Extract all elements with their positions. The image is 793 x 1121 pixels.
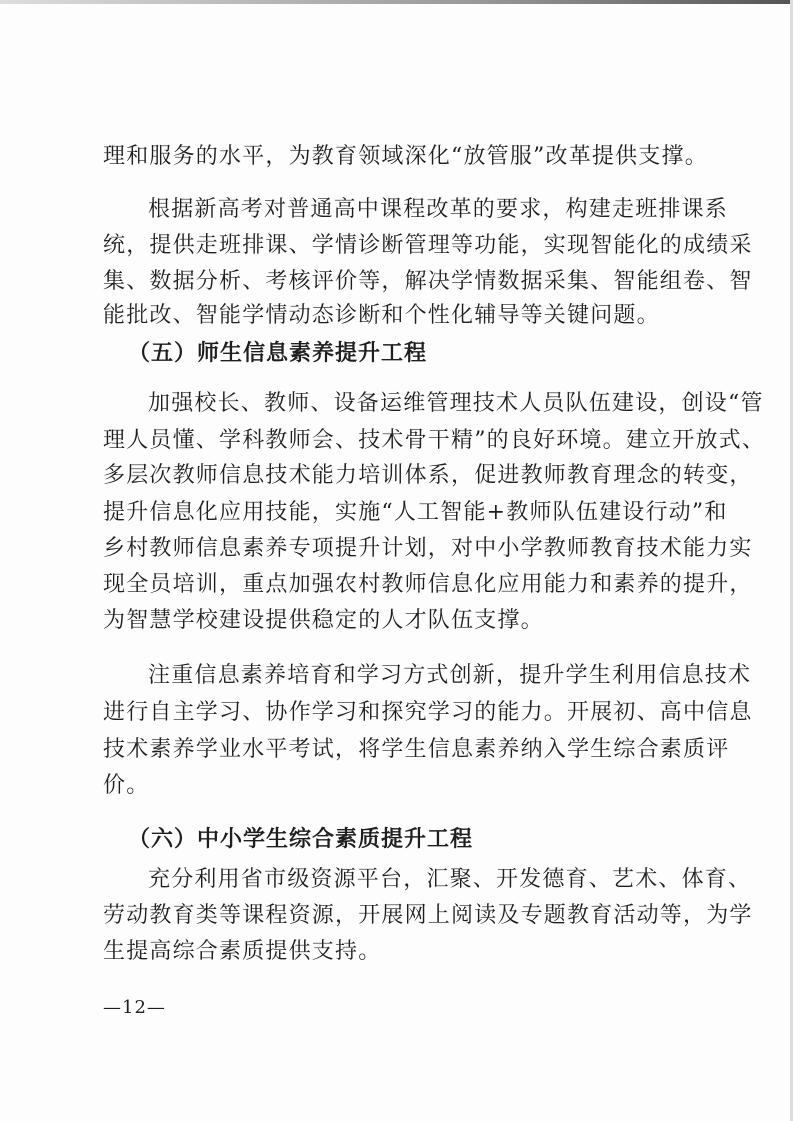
section-heading-5: （五）师生信息素养提升工程 [128,340,728,368]
paragraph-line: 乡村教师信息素养专项提升计划，对中小学教师教育技术能力实 [103,535,703,563]
paragraph-line: 为智慧学校建设提供稳定的人才队伍支撑。 [103,607,703,635]
paragraph-line: 理人员懂、学科教师会、技术骨干精”的良好环境。建立开放式、 [103,427,703,455]
scan-top-edge [0,0,793,4]
paragraph-line: 注重信息素养培育和学习方式创新，提升学生利用信息技术 [148,662,748,690]
paragraph-line: 劳动教育类等课程资源，开展网上阅读及专题教育活动等，为学 [103,902,703,930]
page-number: —12— [103,997,166,1018]
paragraph-line: 统，提供走班排课、学情诊断管理等功能，实现智能化的成绩采 [103,232,703,260]
paragraph-line: 生提高综合素质提供支持。 [103,938,703,966]
paragraph-line: 加强校长、教师、设备运维管理技术人员队伍建设，创设“管 [148,390,748,418]
section-heading-6: （六）中小学生综合素质提升工程 [128,826,728,854]
paragraph-line: 技术素养学业水平考试，将学生信息素养纳入学生综合素质评 [103,736,703,764]
paragraph-line: 根据新高考对普通高中课程改革的要求，构建走班排课系 [148,196,748,224]
paragraph-line: 价。 [103,772,703,800]
paragraph-line: 进行自主学习、协作学习和探究学习的能力。开展初、高中信息 [103,699,703,727]
paragraph-line: 现全员培训，重点加强农村教师信息化应用能力和素养的提升， [103,571,703,599]
paragraph-line: 多层次教师信息技术能力培训体系，促进教师教育理念的转变， [103,462,703,490]
paragraph-line: 提升信息化应用技能，实施“人工智能+教师队伍建设行动”和 [103,499,703,527]
paragraph-line: 能批改、智能学情动态诊断和个性化辅导等关键问题。 [103,302,703,330]
paragraph-line: 集、数据分析、考核评价等，解决学情数据采集、智能组卷、智 [103,268,703,296]
paragraph-line: 理和服务的水平，为教育领域深化“放管服”改革提供支撑。 [103,143,703,171]
paragraph-line: 充分利用省市级资源平台，汇聚、开发德育、艺术、体育、 [148,866,748,894]
